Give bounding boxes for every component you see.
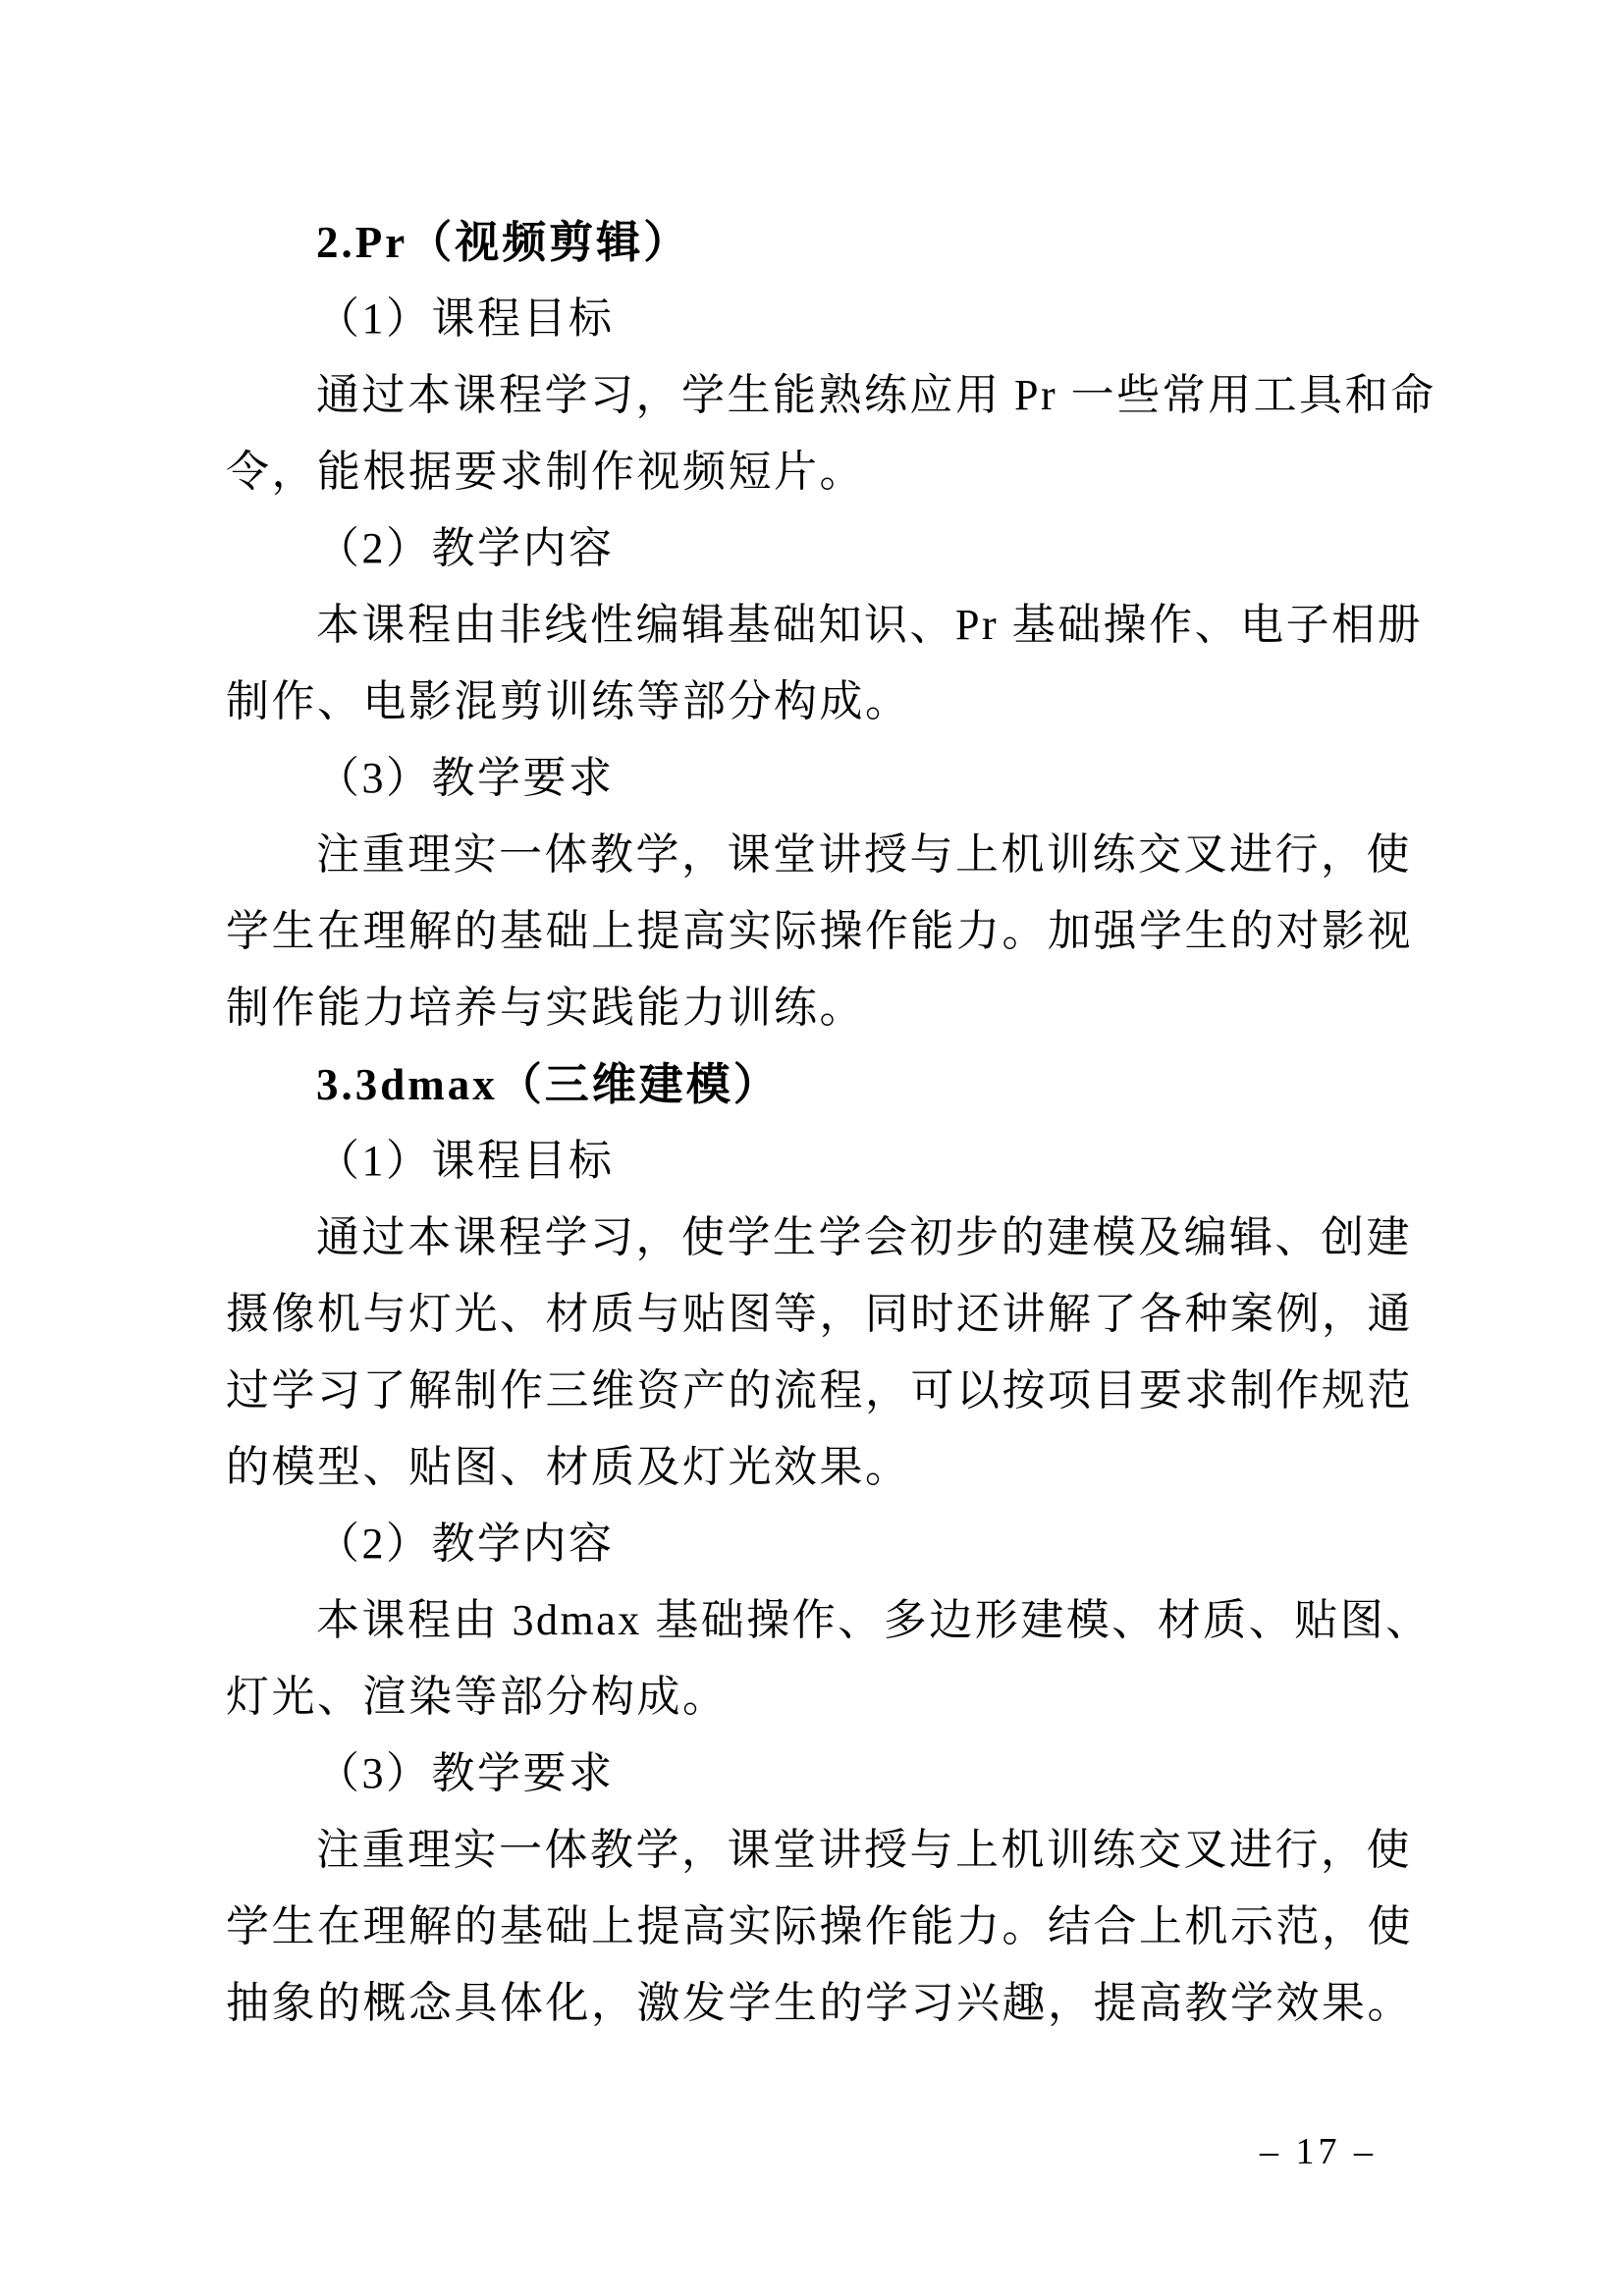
paragraph-line: 的模型、贴图、材质及灯光效果。 [226, 1429, 1375, 1506]
paragraph-line: 通过本课程学习，使学生学会初步的建模及编辑、创建 [226, 1200, 1375, 1276]
subheading-teaching-content: （2）教学内容 [226, 510, 1375, 587]
paragraph-line: 本课程由 3dmax 基础操作、多边形建模、材质、贴图、 [226, 1582, 1375, 1659]
paragraph-line: 制作、电影混剪训练等部分构成。 [226, 664, 1375, 740]
document-body: 2.Pr（视频剪辑） （1）课程目标 通过本课程学习，学生能熟练应用 Pr 一些… [226, 204, 1375, 2042]
document-page: 2.Pr（视频剪辑） （1）课程目标 通过本课程学习，学生能熟练应用 Pr 一些… [0, 0, 1624, 2296]
paragraph-line: 注重理实一体教学，课堂讲授与上机训练交叉进行，使 [226, 1812, 1375, 1889]
subheading-course-goal: （1）课程目标 [226, 281, 1375, 357]
section-heading-pr: 2.Pr（视频剪辑） [226, 204, 1375, 281]
subheading-teaching-content: （2）教学内容 [226, 1506, 1375, 1582]
paragraph-line: 过学习了解制作三维资产的流程，可以按项目要求制作规范 [226, 1353, 1375, 1429]
paragraph-line: 通过本课程学习，学生能熟练应用 Pr 一些常用工具和命 [226, 357, 1375, 434]
paragraph-line: 抽象的概念具体化，激发学生的学习兴趣，提高教学效果。 [226, 1965, 1375, 2042]
paragraph-line: 学生在理解的基础上提高实际操作能力。结合上机示范，使 [226, 1889, 1375, 1965]
subheading-teaching-req: （3）教学要求 [226, 740, 1375, 817]
paragraph-line: 学生在理解的基础上提高实际操作能力。加强学生的对影视 [226, 893, 1375, 970]
page-number: – 17 – [1260, 2130, 1377, 2173]
paragraph-line: 灯光、渲染等部分构成。 [226, 1659, 1375, 1735]
paragraph-line: 本课程由非线性编辑基础知识、Pr 基础操作、电子相册 [226, 587, 1375, 664]
paragraph-line: 令，能根据要求制作视频短片。 [226, 434, 1375, 510]
paragraph-line: 制作能力培养与实践能力训练。 [226, 970, 1375, 1046]
paragraph-line: 摄像机与灯光、材质与贴图等，同时还讲解了各种案例，通 [226, 1276, 1375, 1353]
subheading-course-goal: （1）课程目标 [226, 1123, 1375, 1200]
section-heading-3dmax: 3.3dmax（三维建模） [226, 1046, 1375, 1123]
subheading-teaching-req: （3）教学要求 [226, 1735, 1375, 1812]
paragraph-line: 注重理实一体教学，课堂讲授与上机训练交叉进行，使 [226, 817, 1375, 893]
